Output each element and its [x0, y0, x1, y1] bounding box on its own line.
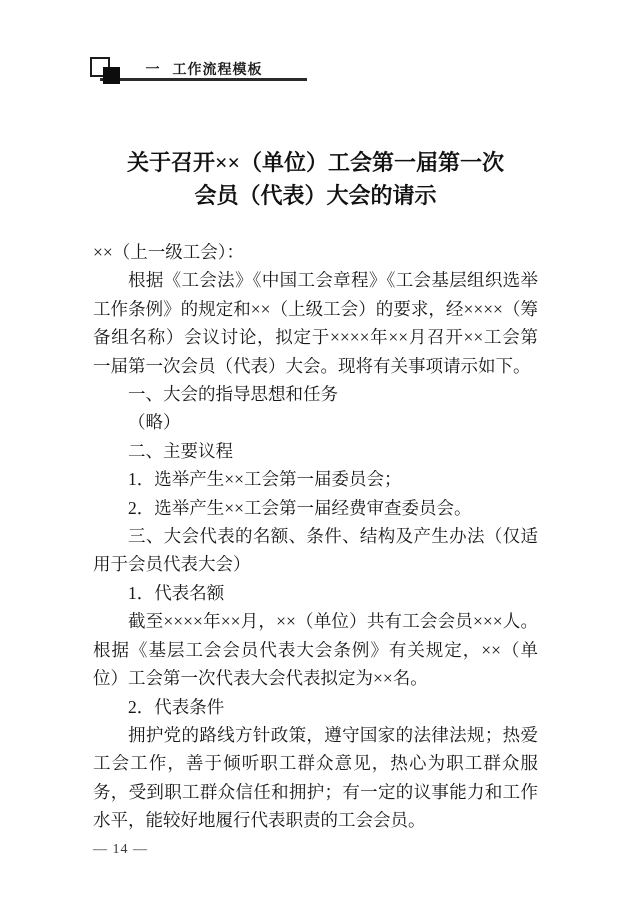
paragraph-salutation: ××（上一级工会）：	[93, 238, 538, 266]
document-title-line-2: 会员（代表）大会的请示	[93, 179, 538, 212]
paragraph-subheading-quota: 1．代表名额	[93, 579, 538, 607]
paragraph-subheading-conditions: 2．代表条件	[93, 693, 538, 721]
paragraph-intro: 根据《工会法》《中国工会章程》《工会基层组织选举工作条例》的规定和××（上级工会…	[93, 266, 538, 380]
paragraph-omitted: （略）	[93, 408, 538, 436]
document-page: 一工作流程模板 关于召开××（单位）工会第一届第一次 会员（代表）大会的请示 ×…	[0, 0, 623, 906]
section-title: 工作流程模板	[173, 63, 263, 78]
section-header: 一工作流程模板	[100, 59, 308, 79]
paragraph-agenda-item-2: 2．选举产生××工会第一届经费审查委员会。	[93, 494, 538, 522]
paragraph-heading-1: 一、大会的指导思想和任务	[93, 380, 538, 408]
paragraph-conditions-detail: 拥护党的路线方针政策，遵守国家的法律法规；热爱工会工作，善于倾听职工群众意见，热…	[93, 721, 538, 835]
page-number: — 14 —	[93, 842, 148, 858]
document-title: 关于召开××（单位）工会第一届第一次 会员（代表）大会的请示	[93, 146, 538, 212]
paragraph-heading-2: 二、主要议程	[93, 437, 538, 465]
paragraph-heading-3: 三、大会代表的名额、条件、结构及产生办法（仅适用于会员代表大会）	[93, 522, 538, 579]
document-title-line-1: 关于召开××（单位）工会第一届第一次	[93, 146, 538, 179]
paragraph-quota-detail: 截至××××年××月，××（单位）共有工会会员×××人。根据《基层工会会员代表大…	[93, 607, 538, 692]
paragraph-agenda-item-1: 1．选举产生××工会第一届委员会；	[93, 465, 538, 493]
document-body: ××（上一级工会）： 根据《工会法》《中国工会章程》《工会基层组织选举工作条例》…	[93, 238, 538, 835]
section-number: 一	[146, 63, 161, 78]
